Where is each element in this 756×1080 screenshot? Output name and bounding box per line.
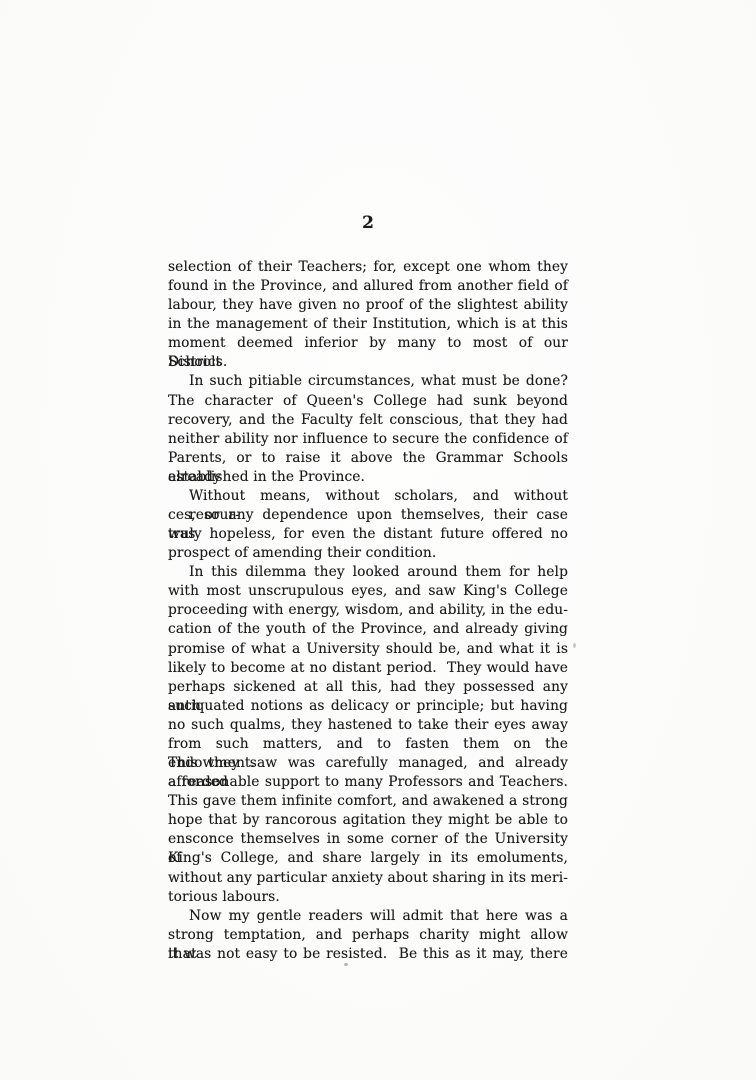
- text-line: truly hopeless, for even the distant fut…: [168, 525, 568, 544]
- paragraph: In such pitiable circumstances, what mus…: [168, 372, 568, 486]
- paragraph: Now my gentle readers will admit that he…: [168, 907, 568, 964]
- text-line: recovery, and the Faculty felt conscious…: [168, 411, 568, 430]
- text-line: proceeding with energy, wisdom, and abil…: [168, 601, 568, 620]
- text-line: King's College, and share largely in its…: [168, 849, 568, 868]
- text-line: neither ability nor influence to secure …: [168, 430, 568, 449]
- text-line: In this dilemma they looked around them …: [168, 563, 568, 582]
- text-line: strong temptation, and perhaps charity m…: [168, 926, 568, 945]
- text-line: Schools.: [168, 353, 568, 372]
- scan-speck: [573, 643, 576, 648]
- scan-speck: [344, 963, 348, 966]
- scanned-book-page: 2 selection of their Teachers; for, exce…: [0, 0, 756, 1080]
- text-line: The character of Queen's College had sun…: [168, 392, 568, 411]
- text-line: This they saw was carefully managed, and…: [168, 754, 568, 773]
- paragraph: selection of their Teachers; for, except…: [168, 258, 568, 372]
- text-line: without any particular anxiety about sha…: [168, 869, 568, 888]
- text-line: it was not easy to be resisted. Be this …: [168, 945, 568, 964]
- text-line: established in the Province.: [168, 468, 568, 487]
- text-line: hope that by rancorous agitation they mi…: [168, 811, 568, 830]
- text-line: moment deemed inferior by many to most o…: [168, 334, 568, 353]
- text-line: Without means, without scholars, and wit…: [168, 487, 568, 506]
- text-line: a reasonable support to many Professors …: [168, 773, 568, 792]
- text-line: promise of what a University should be, …: [168, 640, 568, 659]
- text-line: perhaps sickened at all this, had they p…: [168, 678, 568, 697]
- text-line: ces, or any dependence upon themselves, …: [168, 506, 568, 525]
- text-line: labour, they have given no proof of the …: [168, 296, 568, 315]
- text-line: In such pitiable circumstances, what mus…: [168, 372, 568, 391]
- text-block: 2 selection of their Teachers; for, exce…: [168, 213, 568, 964]
- text-line: antiquated notions as delicacy or princi…: [168, 697, 568, 716]
- paragraph: Without means, without scholars, and wit…: [168, 487, 568, 563]
- text-line: no such qualms, they hastened to take th…: [168, 716, 568, 735]
- text-line: in the management of their Institution, …: [168, 315, 568, 334]
- text-line: selection of their Teachers; for, except…: [168, 258, 568, 277]
- text-line: found in the Province, and allured from …: [168, 277, 568, 296]
- text-line: prospect of amending their condition.: [168, 544, 568, 563]
- text-line: ensconce themselves in some corner of th…: [168, 830, 568, 849]
- text-line: likely to become at no distant period. T…: [168, 659, 568, 678]
- text-line: from such matters, and to fasten them on…: [168, 735, 568, 754]
- text-line: This gave them infinite comfort, and awa…: [168, 792, 568, 811]
- paragraphs: selection of their Teachers; for, except…: [168, 258, 568, 964]
- text-line: Now my gentle readers will admit that he…: [168, 907, 568, 926]
- paragraph: In this dilemma they looked around them …: [168, 563, 568, 906]
- page-number: 2: [168, 213, 568, 234]
- text-line: torious labours.: [168, 888, 568, 907]
- text-line: Parents, or to raise it above the Gramma…: [168, 449, 568, 468]
- text-line: with most unscrupulous eyes, and saw Kin…: [168, 582, 568, 601]
- text-line: cation of the youth of the Province, and…: [168, 620, 568, 639]
